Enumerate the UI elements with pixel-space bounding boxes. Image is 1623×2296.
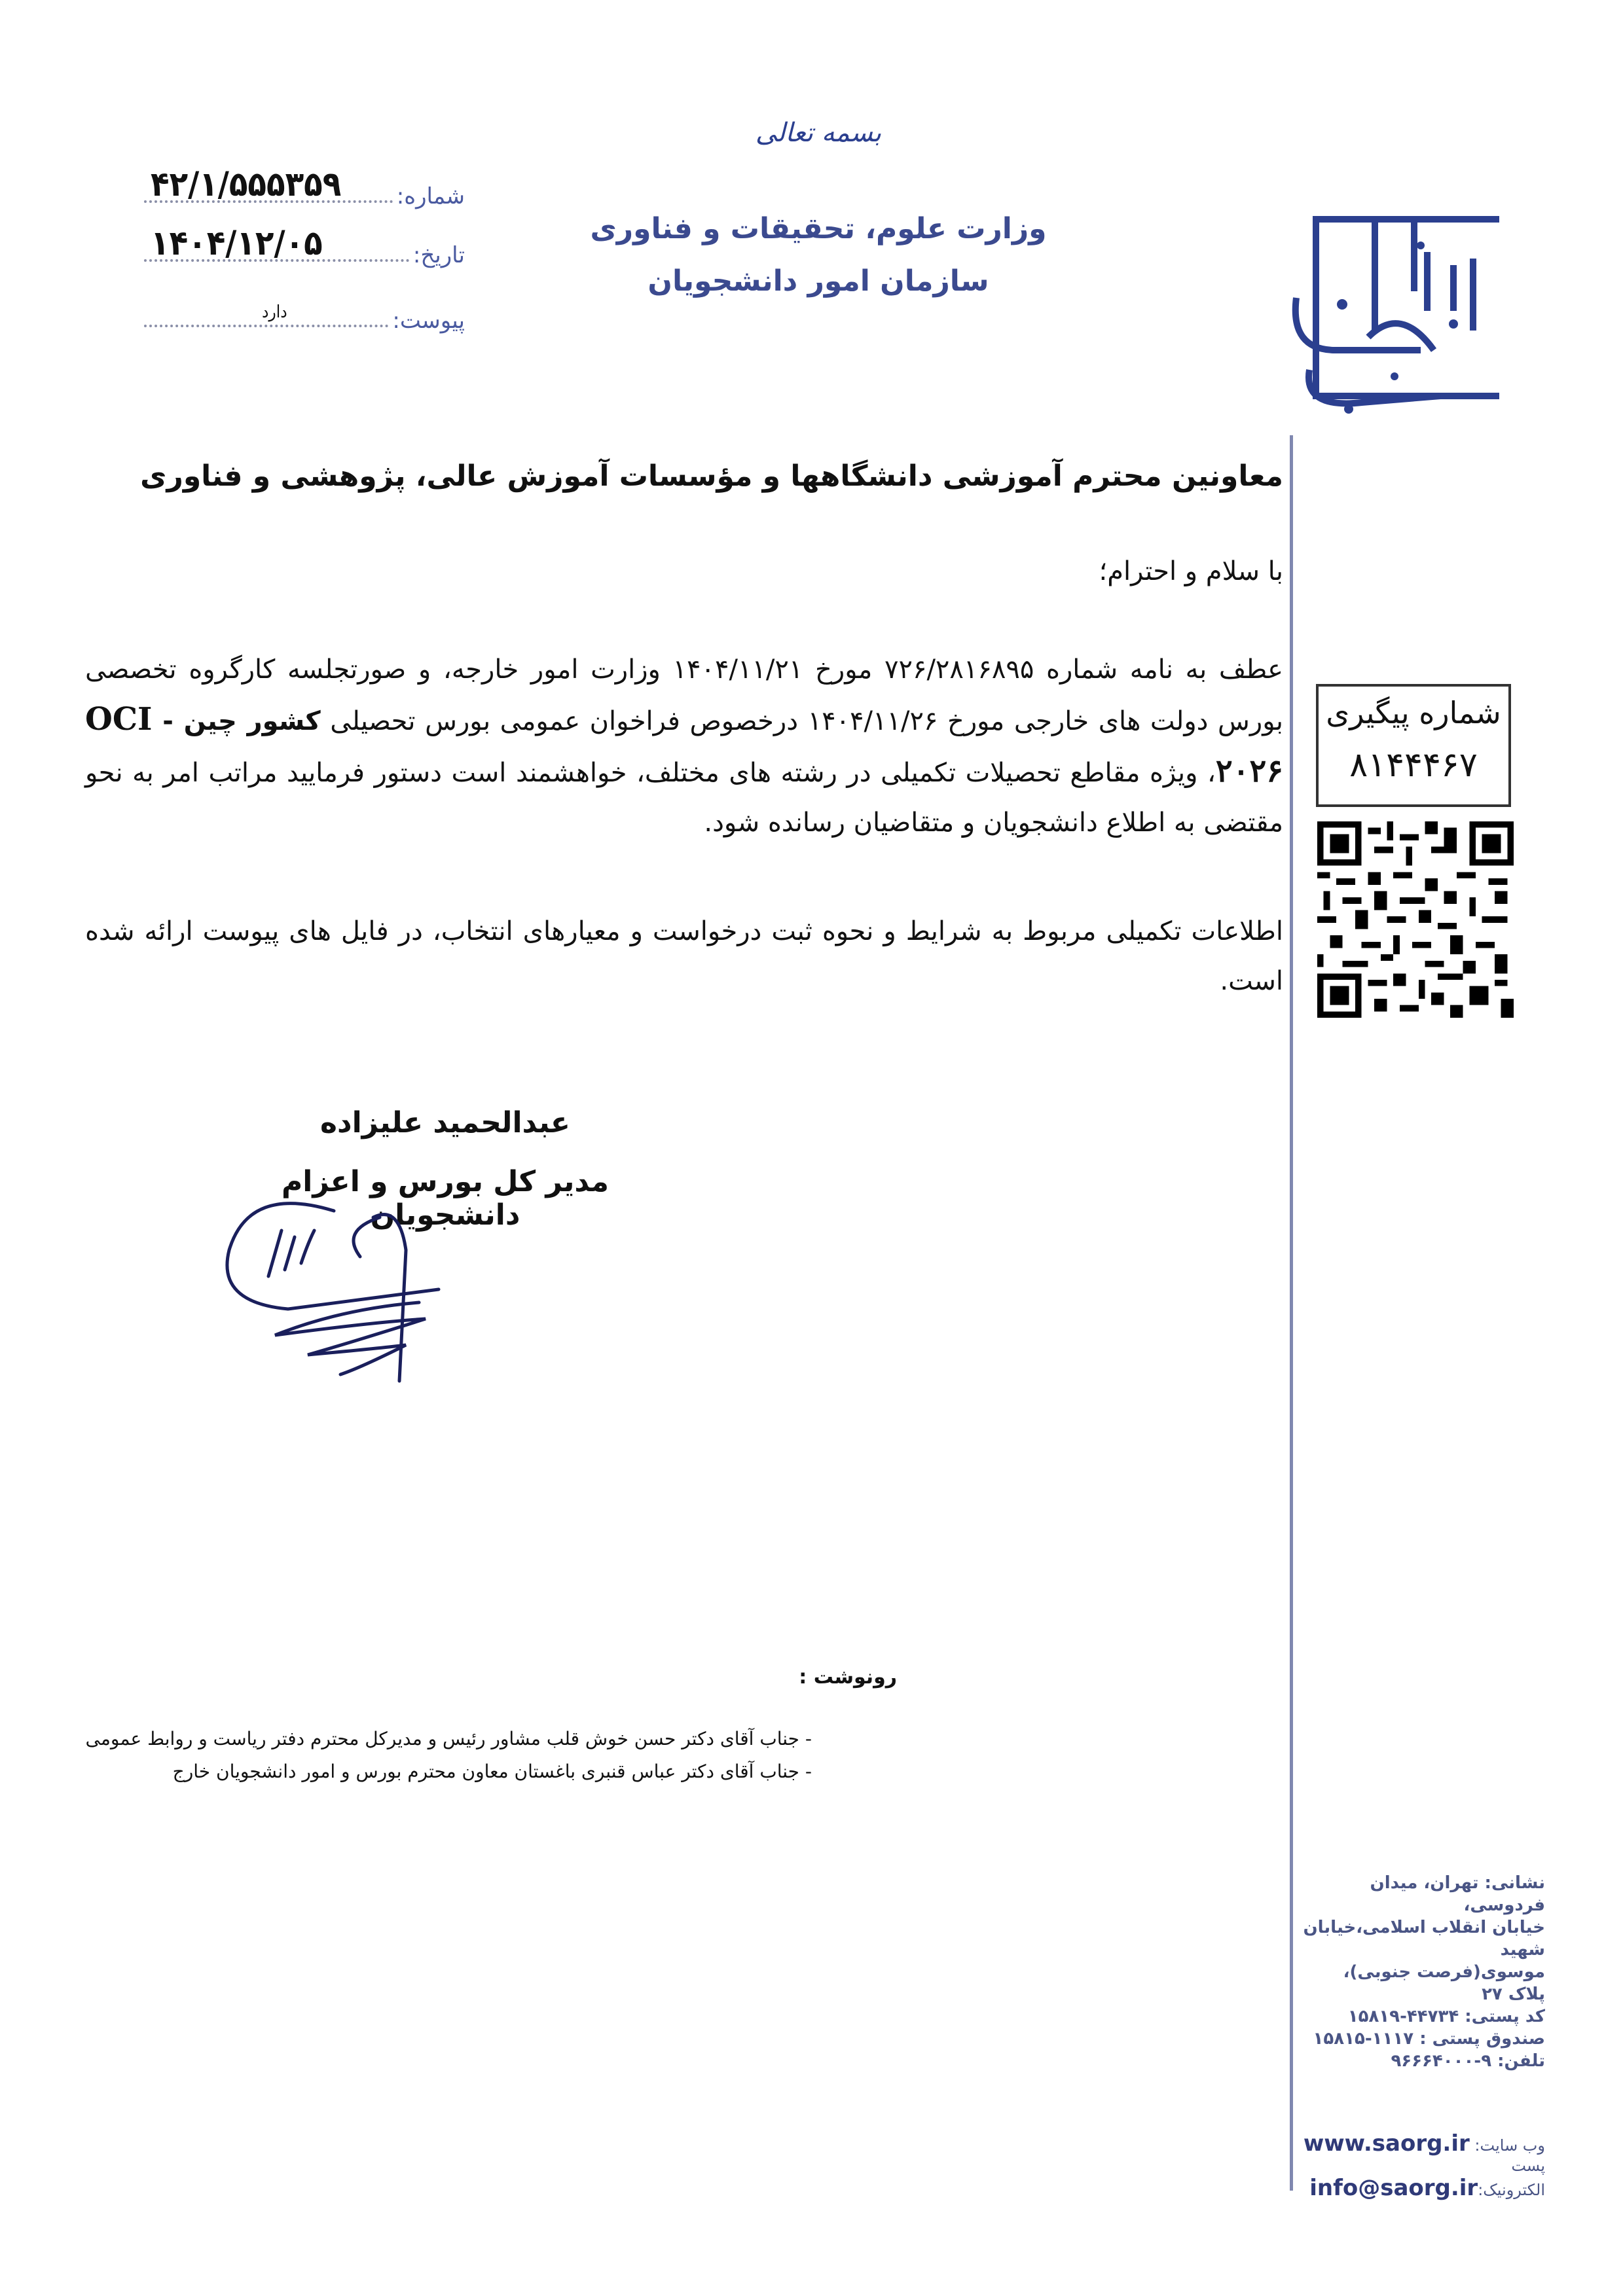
address-line: موسوی(فرصت جنوبی)، پلاک ۲۷: [1303, 1961, 1545, 2005]
address-line: نشانی: تهران، میدان فردوسی،: [1303, 1872, 1545, 1916]
letterhead-divider: [1290, 435, 1293, 2191]
tracking-number-box: شماره پیگیری ۸۱۴۴۴۶۷: [1316, 684, 1511, 807]
body-paragraph-2: اطلاعات تکمیلی مربوط به شرایط و نحوه ثبت…: [85, 906, 1283, 1006]
qr-code: [1317, 818, 1514, 1021]
web-contact-block: وب سایت: www.saorg.ir پست الکترونیک:info…: [1296, 2130, 1545, 2201]
attachment-value: دارد: [262, 302, 287, 322]
signature-icon: [210, 1191, 537, 1388]
logo-mark-icon: [1270, 200, 1499, 422]
cc-item: - جناب آقای دکتر حسن خوش قلب مشاور رئیس …: [85, 1728, 812, 1749]
email-link[interactable]: info@saorg.ir: [1309, 2175, 1478, 2201]
recipient-line: معاونین محترم آموزشی دانشگاهها و مؤسسات …: [85, 452, 1283, 501]
address-line: خیابان انقلاب اسلامی،خیابان شهید: [1303, 1916, 1545, 1961]
number-value: ۴۲/۱/۵۵۵۳۵۹: [151, 165, 341, 204]
body-paragraph-1: عطف به نامه شماره ۷۲۶/۲۸۱۶۸۹۵ مورخ ۱۴۰۴/…: [85, 645, 1283, 848]
website-label: وب سایت:: [1474, 2136, 1545, 2155]
number-label: شماره:: [397, 183, 465, 209]
letter-date-field: تاریخ: ۱۴۰۴/۱۲/۰۵: [144, 242, 465, 268]
qr-code-icon: [1317, 818, 1514, 1021]
date-value: ۱۴۰۴/۱۲/۰۵: [151, 224, 323, 263]
tracking-number: ۸۱۴۴۴۶۷: [1319, 739, 1508, 791]
greeting: با سلام و احترام؛: [85, 547, 1283, 596]
email-label: پست الکترونیک:: [1478, 2157, 1545, 2199]
letter-number-field: شماره: ۴۲/۱/۵۵۵۳۵۹: [144, 183, 465, 209]
signer-name: عبدالحمید علیزاده: [210, 1106, 681, 1139]
po-box-line: صندوق پستی : ۱۱۱۷-۱۵۸۱۵: [1303, 2028, 1545, 2050]
attachment-field: پیوست: دارد: [144, 308, 465, 334]
organization-name: سازمان امور دانشجویان: [589, 255, 1048, 308]
tracking-label: شماره پیگیری: [1319, 687, 1508, 739]
website-link[interactable]: www.saorg.ir: [1304, 2130, 1470, 2157]
phone-line: تلفن: ۹-۹۶۶۶۴۰۰۰: [1303, 2050, 1545, 2072]
date-label: تاریخ:: [413, 242, 465, 268]
cc-heading: رونوشت :: [720, 1666, 897, 1689]
cc-item: - جناب آقای دکتر عباس قنبری باغستان معاو…: [85, 1761, 812, 1782]
ministry-name: وزارت علوم، تحقیقات و فناوری: [589, 203, 1048, 255]
invocation-heading: بسمه تعالی: [753, 118, 884, 148]
organization-logo: [1270, 200, 1499, 422]
country-highlight: کشور چین -: [152, 706, 320, 736]
letterhead-title: وزارت علوم، تحقیقات و فناوری سازمان امور…: [589, 203, 1048, 308]
attachment-label: پیوست:: [392, 308, 465, 334]
address-block: نشانی: تهران، میدان فردوسی، خیابان انقلا…: [1303, 1872, 1545, 2072]
postal-code-line: کد پستی: ۴۴۷۳۴-۱۵۸۱۹: [1303, 2005, 1545, 2028]
handwritten-signature: [210, 1191, 537, 1388]
